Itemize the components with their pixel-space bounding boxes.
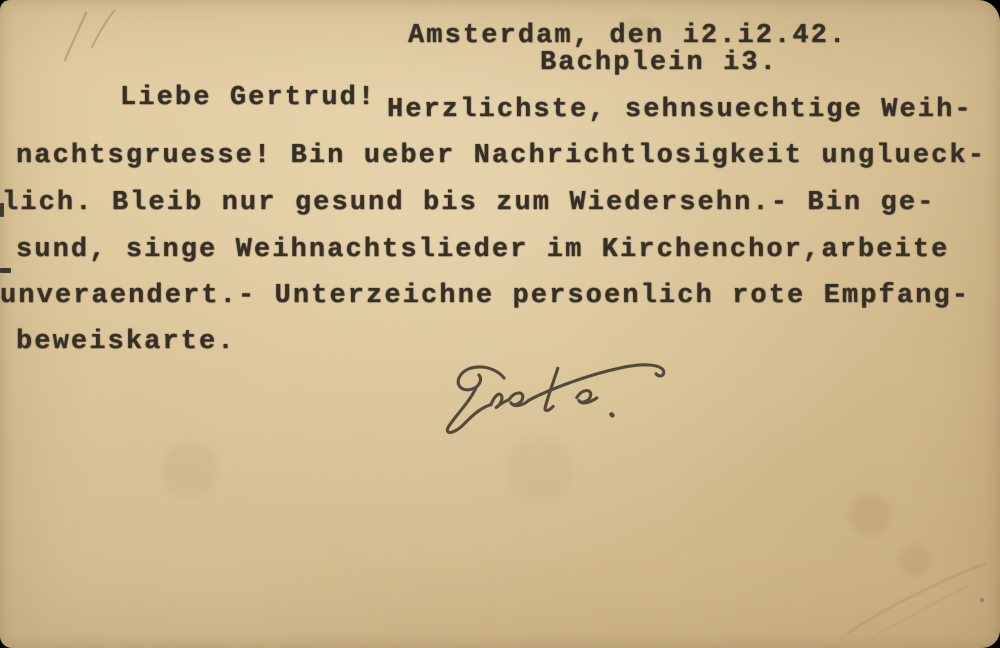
body-line: nachtsgruesse! Bin ueber Nachrichtlosigk… — [16, 141, 986, 171]
signature-text: Grete. — [0, 0, 1, 1]
dateline: Amsterdam, den i2.i2.42. — [408, 21, 847, 51]
scratch-marks — [830, 538, 1000, 648]
body-line: beweiskarte. — [16, 327, 236, 357]
salutation: Liebe Gertrud! — [120, 83, 376, 113]
postcard: Amsterdam, den i2.i2.42. Bachplein i3. L… — [0, 0, 1000, 648]
pencil-marks — [40, 5, 160, 75]
body-line: Herzlichste, sehnsuechtige Weih- — [387, 95, 973, 125]
signature-handwriting — [424, 353, 707, 453]
body-line: lich. Bleib nur gesund bis zum Wiederseh… — [2, 188, 935, 218]
body-line: unveraendert.- Unterzeichne persoenlich … — [0, 281, 970, 311]
body-line: sund, singe Weihnachtslieder im Kirchenc… — [16, 235, 949, 265]
ink-edge-mark — [0, 203, 4, 217]
ink-edge-mark — [0, 268, 11, 273]
address-line: Bachplein i3. — [540, 48, 778, 78]
